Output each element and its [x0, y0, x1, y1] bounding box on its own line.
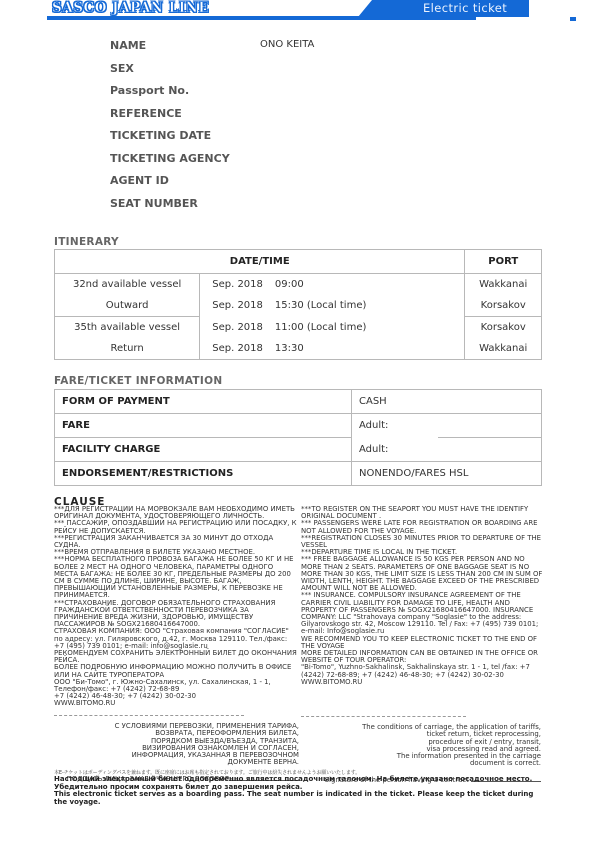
brand-logo: SASCO JAPAN LINE	[52, 0, 209, 17]
stop-port: Wakkanai	[465, 338, 542, 360]
doc-type-label: Electric ticket	[423, 1, 507, 15]
stop-time: 11:00 (Local time)	[275, 322, 367, 333]
stop-port: Korsakov	[465, 317, 542, 339]
agreement-text: The conditions of carriage, the applicat…	[301, 724, 541, 767]
fare-value-text: Adult:	[359, 420, 388, 431]
table-row: ENDORSEMENT/RESTRICTIONS NONENDO/FARES H…	[55, 462, 542, 486]
stop-time: 09:00	[275, 279, 304, 290]
info-label: TICKETING DATE	[110, 129, 211, 142]
fare-label: FORM OF PAYMENT	[55, 390, 352, 414]
agreement-text: С УСЛОВИЯМИ ПЕРЕВОЗКИ, ПРИМЕНЕНИЯ ТАРИФА…	[54, 723, 299, 766]
stop-datetime: Sep. 201813:30	[200, 338, 465, 360]
fare-label: FARE	[55, 414, 352, 438]
leg-direction: Return	[55, 338, 200, 360]
table-row: 35th available vessel Sep. 201811:00 (Lo…	[55, 317, 542, 339]
info-label: SEAT NUMBER	[110, 197, 198, 210]
footer-notes: Настоящий электронный билет одновременно…	[54, 776, 544, 806]
header-port: PORT	[465, 250, 542, 274]
fare-underline	[438, 437, 541, 438]
info-value: ONO KEITA	[260, 39, 314, 50]
stop-date: Sep. 2018	[212, 279, 263, 290]
clause-russian: ***ДЛЯ РЕГИСТРАЦИИ НА МОРВОКЗАЛЕ ВАМ НЕО…	[54, 506, 299, 708]
info-label: TICKETING AGENCY	[110, 152, 230, 165]
stop-date: Sep. 2018	[212, 343, 263, 354]
info-label: NAME	[110, 39, 146, 52]
table-row: 32nd available vessel Sep. 201809:00 Wak…	[55, 274, 542, 296]
itinerary-table: DATE/TIME PORT 32nd available vessel Sep…	[54, 249, 542, 360]
vessel-name: 35th available vessel	[55, 317, 200, 339]
fare-label: ENDORSEMENT/RESTRICTIONS	[55, 462, 352, 486]
table-row: FACILITY CHARGE Adult:	[55, 438, 542, 462]
info-label: AGENT ID	[110, 174, 169, 187]
stop-datetime: Sep. 201811:00 (Local time)	[200, 317, 465, 339]
fare-value: Adult:	[352, 438, 542, 462]
table-row: FARE Adult:	[55, 414, 542, 438]
clause-english: ***TO REGISTER ON THE SEAPORT YOU MUST H…	[301, 506, 546, 686]
stop-port: Korsakov	[465, 295, 542, 317]
fare-value: Adult:	[352, 414, 542, 438]
header-notch	[570, 17, 576, 21]
vessel-name: 32nd available vessel	[55, 274, 200, 296]
stop-datetime: Sep. 201815:30 (Local time)	[200, 295, 465, 317]
table-row: Return Sep. 201813:30 Wakkanai	[55, 338, 542, 360]
header-datetime: DATE/TIME	[55, 250, 465, 274]
itinerary-header-row: DATE/TIME PORT	[55, 250, 542, 274]
footer-english-note: This electronic ticket serves as a board…	[54, 791, 544, 806]
info-label: SEX	[110, 62, 134, 75]
itinerary-title: ITINERARY	[54, 236, 119, 248]
table-row: FORM OF PAYMENT CASH	[55, 390, 542, 414]
stop-time: 15:30 (Local time)	[275, 300, 367, 311]
stop-date: Sep. 2018	[212, 300, 263, 311]
info-label: Passport No.	[110, 84, 189, 97]
footer-russian-note: Настоящий электронный билет одновременно…	[54, 776, 544, 791]
info-label: REFERENCE	[110, 107, 182, 120]
stop-port: Wakkanai	[465, 274, 542, 296]
stop-time: 13:30	[275, 343, 304, 354]
fare-value: CASH	[352, 390, 542, 414]
fare-label: FACILITY CHARGE	[55, 438, 352, 462]
fare-title: FARE/TICKET INFORMATION	[54, 375, 222, 387]
fare-value: NONENDO/FARES HSL	[352, 462, 542, 486]
table-row: Outward Sep. 201815:30 (Local time) Kors…	[55, 295, 542, 317]
leg-direction: Outward	[55, 295, 200, 317]
fare-table: FORM OF PAYMENT CASH FARE Adult: FACILIT…	[54, 389, 542, 486]
stop-datetime: Sep. 201809:00	[200, 274, 465, 296]
stop-date: Sep. 2018	[212, 322, 263, 333]
